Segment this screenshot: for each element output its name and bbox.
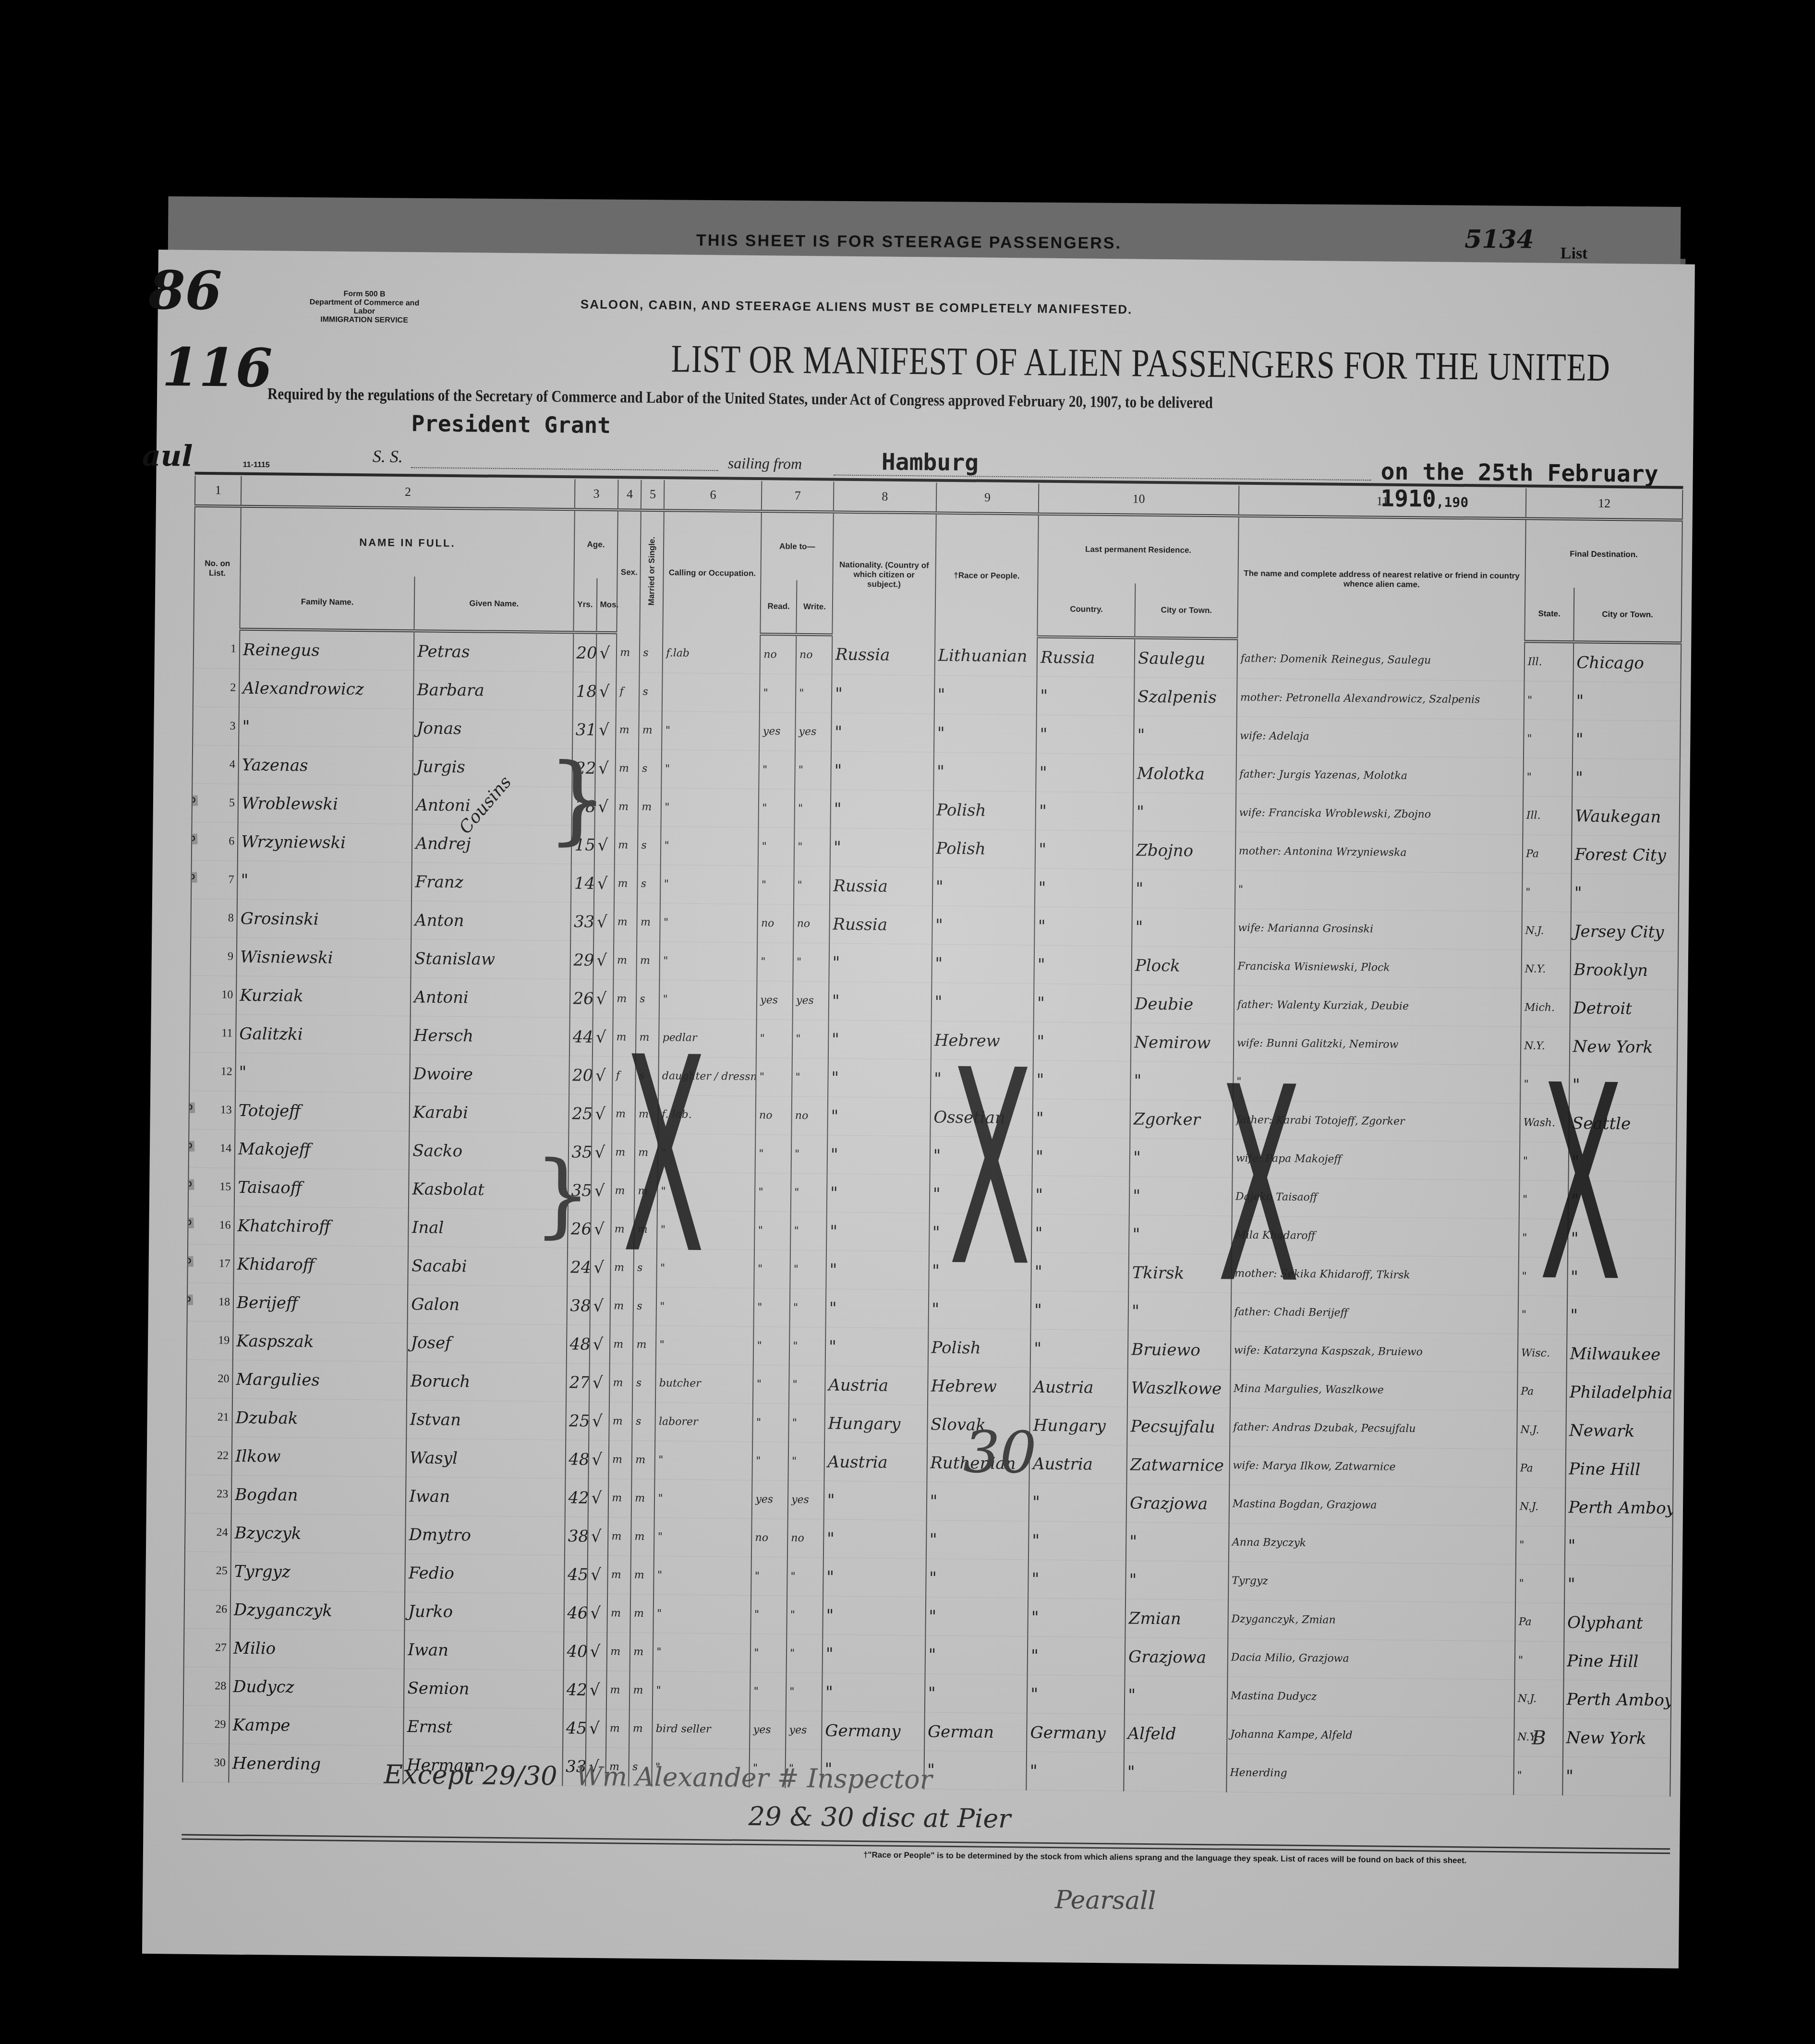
department: Department of Commerce and Labor (302, 298, 427, 316)
nearest-relative: father: Jurgis Yazenas, Molotka (1236, 755, 1524, 796)
row-number: 16ADMITTED (188, 1206, 234, 1245)
nationality: " (827, 1135, 930, 1175)
col-num-10: 10 (1039, 484, 1239, 516)
destination-state: N.J. (1516, 1488, 1565, 1527)
sex: m (606, 1709, 629, 1748)
can-read: no (760, 634, 797, 674)
discharge-note: 29 & 30 disc at Pier (748, 1801, 1011, 1834)
family-name: " (235, 1053, 410, 1093)
age-years: 40 (563, 1632, 587, 1671)
header-city-town: City or Town. (1135, 584, 1238, 639)
can-read: " (757, 943, 794, 982)
col-num-1: 1 (195, 476, 242, 506)
nationality: " (825, 1289, 928, 1328)
cancel-x-mark-2: X (948, 1035, 1033, 1305)
margin-note-aul: aul (142, 439, 193, 473)
can-read: " (754, 1288, 790, 1327)
occupation (662, 673, 760, 712)
destination-state: Pa (1515, 1603, 1564, 1642)
residence-country: " (1033, 1099, 1131, 1138)
age-months: √ (592, 1018, 613, 1056)
age-months: √ (591, 1171, 611, 1210)
destination-city: " (1571, 874, 1679, 913)
marital-status: m (639, 711, 662, 749)
race-people: Polish (928, 1328, 1030, 1368)
margin-number-top: 86 (148, 259, 222, 322)
sex: m (607, 1633, 630, 1671)
age-years: 48 (565, 1440, 589, 1479)
header-family-name: Family Name. (240, 575, 415, 631)
residence-country: " (1035, 830, 1133, 869)
sex: m (614, 865, 638, 903)
marital-status: s (632, 1402, 656, 1441)
row-number: 10 (190, 975, 237, 1014)
occupation: " (660, 942, 758, 981)
age-years: 20 (573, 632, 596, 672)
can-read: " (754, 1212, 791, 1250)
exception-note: Except 29/30 (384, 1759, 557, 1791)
occupation: " (662, 750, 760, 789)
destination-city: " (1572, 758, 1680, 798)
nationality: Russia (832, 635, 934, 676)
nearest-relative: father: Walenty Kurziak, Deubie (1234, 986, 1521, 1027)
destination-state: N.Y. (1521, 950, 1570, 989)
nearest-relative: Dzyganczyk, Zmian (1228, 1600, 1515, 1641)
residence-city: Bruiewo (1128, 1330, 1231, 1370)
can-write: " (795, 789, 831, 828)
can-read: " (750, 1672, 786, 1711)
age-months: √ (596, 633, 617, 673)
destination-city: Waukegan (1572, 797, 1680, 836)
can-write: " (786, 1672, 823, 1711)
occupation: " (654, 1556, 752, 1596)
given-name: Dmytro (405, 1515, 565, 1555)
row-number: 11 (190, 1014, 236, 1053)
residence-country: Germany (1027, 1713, 1125, 1753)
sex: m (614, 903, 637, 941)
col-num-11: 11 (1239, 486, 1526, 519)
residence-country: " (1028, 1560, 1126, 1599)
residence-city: Zbojno (1133, 831, 1235, 870)
can-write: yes (786, 1711, 822, 1750)
page-title: LIST OR MANIFEST OF ALIEN PASSENGERS FOR… (671, 336, 1610, 390)
family-name: Alexandrowicz (239, 669, 414, 709)
nearest-relative: Dacia Milio, Grazjowa (1227, 1638, 1515, 1680)
given-name: Boruch (407, 1362, 566, 1402)
age-years: 33 (570, 902, 594, 941)
header-final-destination: Final Destination. (1525, 518, 1682, 589)
nationality: " (826, 1250, 929, 1290)
age-months: √ (590, 1248, 611, 1287)
destination-state: " (1523, 758, 1572, 797)
nationality: " (828, 1058, 931, 1098)
residence-country: " (1028, 1521, 1126, 1561)
family-name: " (239, 707, 413, 747)
marital-status: s (637, 865, 661, 903)
race-people: Hebrew (928, 1367, 1030, 1406)
col-num-5: 5 (641, 480, 665, 510)
occupation: " (660, 865, 758, 904)
family-name: Galitzki (236, 1014, 411, 1054)
family-bracket-1: } (546, 743, 608, 855)
row-number: 27 (184, 1628, 230, 1667)
marital-status: m (637, 903, 661, 941)
header-name-in-full: NAME IN FULL. (241, 506, 575, 578)
destination-city: Chicago (1573, 642, 1681, 683)
race-people: " (926, 1482, 1029, 1521)
marital-status: m (631, 1517, 654, 1556)
race-people: " (933, 752, 1036, 792)
residence-city: " (1125, 1676, 1227, 1715)
can-write: " (790, 1288, 826, 1327)
can-read: " (755, 1135, 792, 1174)
destination-state: N.J. (1514, 1680, 1563, 1719)
family-name: Tyrgyz (230, 1552, 405, 1592)
nationality: " (824, 1481, 927, 1520)
age-years: 42 (565, 1479, 588, 1517)
can-read: yes (757, 981, 793, 1020)
marital-status: s (639, 749, 662, 788)
age-months: √ (592, 1094, 612, 1133)
marital-status: m (629, 1671, 653, 1709)
row-number: 21 (186, 1398, 232, 1437)
destination-city: " (1572, 720, 1680, 759)
residence-city: Zmian (1125, 1599, 1228, 1638)
nearest-relative: Mastina Bogdan, Grazjowa (1229, 1485, 1516, 1526)
service: IMMIGRATION SERVICE (302, 315, 427, 325)
nearest-relative: wife: Franciska Wroblewski, Zbojno (1235, 794, 1523, 835)
occupation: " (653, 1671, 750, 1711)
marital-status: m (632, 1441, 655, 1479)
occupation: " (653, 1595, 751, 1634)
occupation: " (653, 1633, 751, 1672)
nearest-relative: " (1235, 870, 1523, 912)
marital-status: m (629, 1709, 653, 1748)
occupation: bird seller (652, 1710, 750, 1749)
can-read: yes (759, 712, 796, 751)
row-number: 12 (189, 1052, 236, 1091)
can-read: " (760, 674, 796, 713)
header-country: Country. (1038, 583, 1136, 638)
family-name: Grosinski (237, 899, 411, 939)
given-name: Antoni (411, 978, 570, 1018)
passenger-rows: 1 Reinegus Petras 20 √ m s f.lab no no R… (182, 629, 1681, 1796)
marital-status: m (633, 1325, 656, 1364)
occupation: " (654, 1518, 752, 1557)
nearest-relative: wife: Marianna Grosinski (1234, 909, 1522, 950)
race-people: " (924, 1674, 1027, 1713)
row-number: 17ADMITTED (187, 1244, 234, 1283)
occupation: laborer (655, 1403, 753, 1442)
nationality: " (831, 751, 933, 791)
family-name: Kampe (229, 1706, 404, 1745)
residence-city: " (1128, 1292, 1231, 1331)
age-months: √ (594, 864, 615, 902)
can-write: yes (795, 712, 832, 751)
family-name: Totojeff (235, 1091, 410, 1131)
destination-state: " (1524, 681, 1573, 720)
can-write: no (791, 1096, 828, 1135)
nearest-relative: Mastina Dudycz (1227, 1677, 1515, 1718)
family-name: Henerding (229, 1744, 403, 1784)
nationality: " (832, 674, 934, 714)
admitted-stamp: ADMITTED (187, 1294, 193, 1307)
age-months: √ (589, 1363, 610, 1402)
can-write: " (788, 1442, 825, 1481)
row-number: 6ADMITTED (192, 822, 238, 861)
race-people: " (932, 944, 1034, 984)
nationality: " (823, 1558, 926, 1597)
header-mos: Mos. (596, 578, 617, 633)
destination-state: N.J. (1517, 1411, 1566, 1450)
destination-state: Pa (1523, 835, 1572, 874)
residence-city: Szalpenis (1134, 677, 1237, 717)
destination-city: " (1564, 1527, 1672, 1566)
residence-country: " (1033, 1022, 1131, 1061)
destination-city: Pine Hill (1565, 1450, 1673, 1489)
given-name: Karabi (410, 1093, 569, 1133)
destination-city: " (1573, 682, 1681, 721)
marital-status: m (637, 941, 660, 980)
family-name: Wroblewski (238, 784, 413, 824)
signature-pearsall: Pearsall (1055, 1886, 1156, 1915)
nationality: " (831, 713, 934, 752)
given-name: Josef (407, 1323, 567, 1363)
can-read: " (753, 1403, 789, 1442)
can-write: yes (788, 1480, 824, 1519)
can-read: no (758, 904, 794, 943)
family-name: Ilkow (232, 1437, 407, 1477)
col-num-8: 8 (834, 482, 936, 513)
can-write: " (790, 1212, 827, 1250)
sex: m (617, 633, 640, 673)
can-read: " (754, 1250, 791, 1289)
list-label: List (1561, 244, 1588, 263)
given-name: Fedio (405, 1554, 565, 1594)
age-years: 46 (564, 1594, 587, 1632)
manifest-page: 86 116 aul Form 500 B Department of Comm… (142, 250, 1695, 1969)
admitted-stamp: ADMITTED (188, 1217, 194, 1230)
age-months: √ (586, 1709, 606, 1747)
destination-state: Pa (1517, 1372, 1566, 1411)
admitted-stamp: ADMITTED (187, 1256, 193, 1268)
marital-status: m (630, 1633, 653, 1671)
residence-city: Waszlkowe (1127, 1369, 1230, 1408)
residence-city: " (1130, 1138, 1233, 1178)
nearest-relative: mother: Petronella Alexandrowicz, Szalpe… (1237, 678, 1525, 720)
age-years: 45 (564, 1555, 588, 1594)
nationality: " (827, 1097, 930, 1136)
occupation: butcher (655, 1364, 753, 1404)
destination-city: Newark (1566, 1411, 1674, 1451)
residence-city: " (1133, 793, 1236, 832)
residence-city: Plock (1132, 946, 1234, 986)
age-years: 24 (567, 1248, 591, 1287)
can-write: " (789, 1365, 825, 1404)
col-num-9: 9 (936, 483, 1039, 514)
nationality: " (830, 790, 933, 829)
given-name: Dwoire (410, 1055, 569, 1094)
nationality: " (830, 828, 933, 867)
can-read: " (753, 1327, 790, 1366)
residence-city: Alfeld (1124, 1714, 1227, 1754)
family-name: Kurziak (236, 976, 411, 1016)
family-name: Margulies (232, 1360, 407, 1400)
family-name: Reinegus (240, 629, 414, 671)
header-yrs: Yrs. (573, 578, 597, 632)
can-read: yes (750, 1710, 786, 1749)
destination-state: " (1516, 1526, 1565, 1565)
row-number: 25 (184, 1551, 231, 1590)
header-sex: Sex. (617, 510, 641, 633)
destination-state: " (1515, 1641, 1564, 1680)
residence-country: " (1031, 1214, 1129, 1253)
nationality: Russia (830, 866, 932, 906)
destination-city: " (1562, 1757, 1670, 1796)
occupation: " (656, 1326, 754, 1365)
residence-city: Saulegu (1135, 638, 1237, 679)
header-given-name: Given Name. (414, 577, 574, 632)
residence-city: " (1129, 1177, 1232, 1216)
nationality: " (822, 1673, 925, 1712)
can-write: " (791, 1135, 828, 1174)
given-name: Semion (404, 1669, 563, 1709)
row-number: 26 (184, 1590, 230, 1629)
nearest-relative: father: Domenik Reinegus, Saulegu (1237, 639, 1525, 681)
nationality: Austria (824, 1443, 927, 1482)
col-num-4: 4 (618, 480, 641, 510)
list-number: 5134 (1464, 225, 1534, 254)
race-people: German (924, 1712, 1027, 1752)
age-months: √ (593, 979, 613, 1018)
race-people: " (926, 1559, 1028, 1598)
row-number: 14ADMITTED (189, 1129, 235, 1168)
age-years: 48 (566, 1325, 590, 1363)
occupation: f.lab (663, 633, 761, 673)
given-name: Hersch (410, 1016, 569, 1056)
family-name: Berijeff (233, 1283, 408, 1323)
marital-status: m (631, 1556, 654, 1594)
residence-country: " (1028, 1636, 1125, 1676)
marital-status: s (640, 633, 663, 673)
residence-city: " (1124, 1753, 1226, 1792)
destination-state: Ill. (1525, 641, 1573, 681)
residence-city: Molotka (1133, 754, 1236, 794)
age-months: √ (595, 672, 616, 710)
family-name: Khatchiroff (234, 1206, 409, 1246)
row-number: 2 (193, 668, 240, 707)
header-state: State. (1525, 587, 1574, 642)
age-months: √ (590, 1287, 610, 1325)
family-name: Makojeff (235, 1130, 410, 1169)
residence-country: Austria (1030, 1368, 1128, 1407)
col-num-6: 6 (664, 480, 762, 511)
nationality: " (823, 1596, 925, 1635)
given-name: Galon (408, 1285, 567, 1325)
sex: m (609, 1441, 632, 1479)
header-no-on-list: No. on List. (194, 506, 241, 629)
nearest-relative: Mina Margulies, Waszlkowe (1230, 1370, 1518, 1411)
age-years: 45 (563, 1709, 586, 1747)
admitted-stamp: ADMITTED (192, 795, 198, 807)
sex: m (615, 788, 639, 826)
race-people: " (925, 1597, 1028, 1636)
header-read: Read. (761, 580, 797, 635)
occupation: " (654, 1479, 752, 1519)
residence-country: " (1031, 1252, 1129, 1292)
sex: f (616, 673, 640, 711)
nearest-relative: Franciska Wisniewski, Plock (1234, 947, 1522, 988)
sex: m (614, 941, 637, 980)
residence-city: Zatwarnice (1127, 1445, 1230, 1485)
corner-mark: B (1532, 1727, 1546, 1749)
residence-city: Nemirow (1131, 1023, 1234, 1062)
age-years: 14 (570, 864, 594, 902)
row-number: 23 (185, 1475, 232, 1514)
residence-country: " (1037, 676, 1135, 716)
age-years: 27 (566, 1363, 590, 1402)
row-number: 30 (182, 1743, 229, 1782)
sex: m (608, 1479, 632, 1517)
row-number: 9 (190, 937, 237, 976)
race-people: " (925, 1635, 1028, 1675)
family-name: Bogdan (231, 1475, 406, 1515)
nearest-relative: father: Andras Dzubak, Pecsujfalu (1230, 1408, 1517, 1449)
header-age: Age. (574, 509, 618, 578)
destination-state: " (1513, 1756, 1562, 1795)
nationality: " (828, 1020, 931, 1059)
residence-city: Grazjowa (1126, 1484, 1229, 1523)
residence-country: " (1030, 1329, 1128, 1369)
residence-city: Pecsujfalu (1127, 1407, 1230, 1446)
nationality: " (823, 1635, 925, 1674)
age-months: √ (589, 1325, 610, 1363)
given-name: Petras (414, 631, 573, 672)
destination-state: Pa (1516, 1449, 1565, 1488)
sex: m (606, 1671, 630, 1709)
marital-status: s (639, 673, 663, 711)
residence-country: " (1032, 1176, 1130, 1215)
age-months: √ (587, 1555, 608, 1594)
row-number: 7ADMITTED (191, 860, 238, 899)
destination-city: Detroit (1570, 989, 1678, 1028)
nationality: Hungary (824, 1404, 927, 1443)
nearest-relative: wife: Marya Ilkow, Zatwarnice (1229, 1446, 1517, 1488)
row-number: 19 (187, 1321, 233, 1360)
destination-city: Perth Amboy (1565, 1488, 1673, 1527)
age-months: √ (589, 1402, 609, 1440)
occupation: " (661, 788, 759, 828)
residence-country: " (1034, 907, 1132, 946)
sex: m (609, 1402, 633, 1441)
admitted-stamp: ADMITTED (188, 1179, 194, 1191)
age-months: √ (591, 1210, 611, 1248)
can-write: " (790, 1250, 826, 1289)
nationality: Germany (822, 1711, 924, 1751)
nearest-relative: Johanna Kampe, Alfeld (1227, 1715, 1514, 1756)
cancel-x-mark-4: X (1538, 1050, 1624, 1320)
col-num-3: 3 (574, 479, 618, 510)
residence-country: " (1034, 984, 1132, 1023)
admitted-stamp: ADMITTED (191, 872, 197, 884)
residence-country: " (1029, 1483, 1127, 1522)
race-people: " (934, 714, 1037, 753)
family-name: Milio (230, 1629, 405, 1669)
form-identifier: Form 500 B Department of Commerce and La… (302, 289, 427, 325)
destination-city: New York (1563, 1719, 1671, 1758)
occupation: " (655, 1441, 753, 1480)
nationality: " (823, 1519, 926, 1559)
